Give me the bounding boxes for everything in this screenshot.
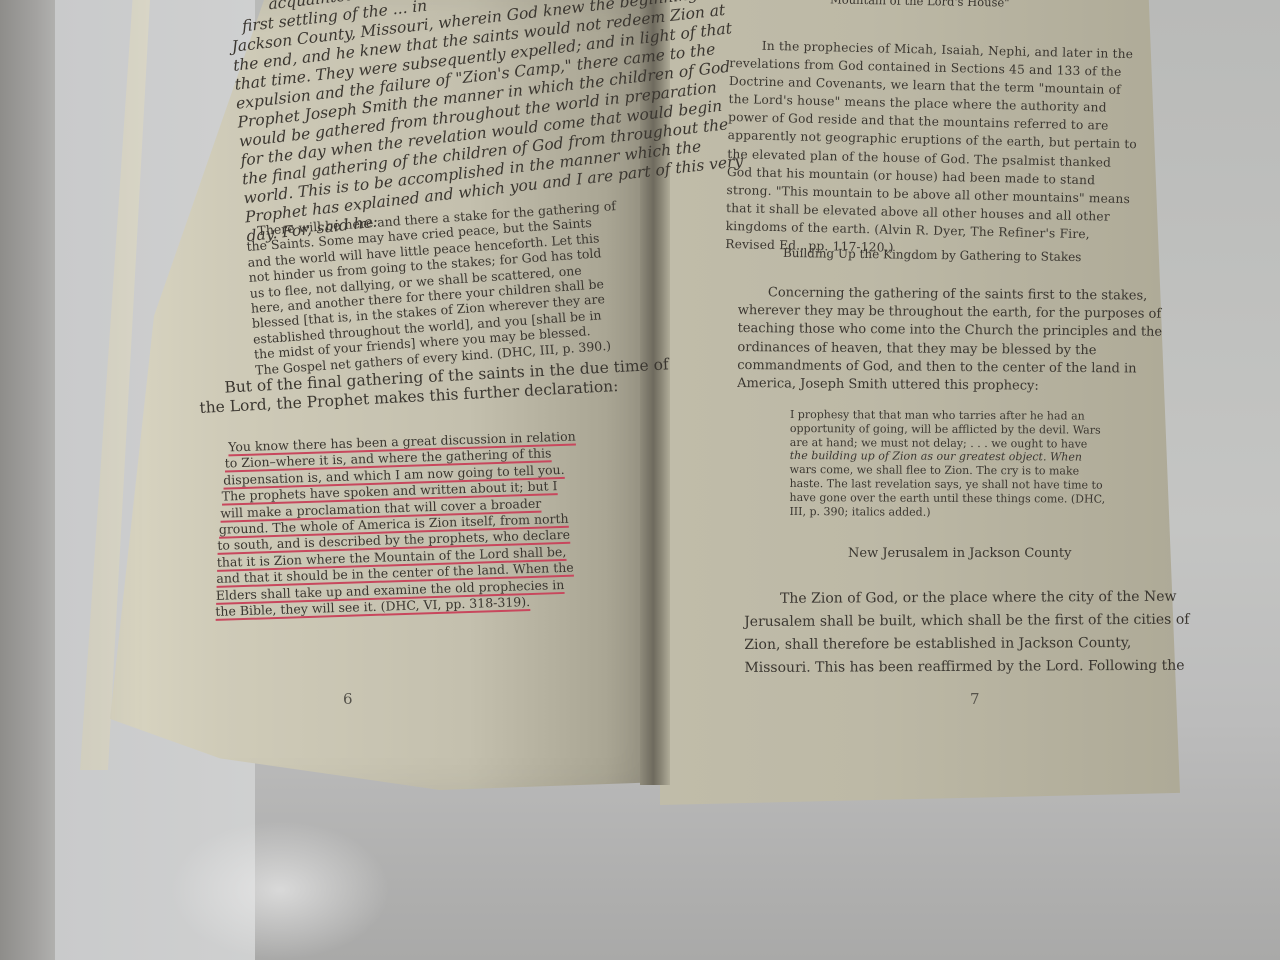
quote-line: I prophesy that that man who tarries aft… bbox=[790, 408, 1106, 423]
quote-line: opportunity of going, will be afflicted … bbox=[790, 422, 1106, 437]
right-paragraph-mountain: In the prophecies of Micah, Isaiah, Neph… bbox=[725, 36, 1139, 262]
text-line: Missouri. This has been reaffirmed by th… bbox=[744, 655, 1189, 680]
right-paragraph-new-jerusalem: The Zion of God, or the place where the … bbox=[744, 586, 1190, 680]
text-line: America, Joseph Smith uttered this proph… bbox=[737, 375, 1162, 397]
text-line: The Zion of God, or the place where the … bbox=[744, 586, 1189, 611]
quote-line: III, p. 390; italics added.) bbox=[789, 505, 1105, 520]
quote-line: haste. The last revelation says, ye shal… bbox=[790, 477, 1106, 492]
text-line: Jerusalem shall be built, which shall be… bbox=[744, 609, 1189, 634]
section-heading-new-jerusalem: New Jerusalem in Jackson County bbox=[848, 546, 1071, 561]
right-block-quote-prophecy: I prophesy that that man who tarries aft… bbox=[789, 408, 1105, 520]
quote-line: have gone over the earth until these thi… bbox=[789, 491, 1105, 506]
text-line: Zion, shall therefore be established in … bbox=[744, 632, 1189, 657]
left-page-number: 6 bbox=[343, 690, 353, 708]
right-page-number: 7 bbox=[970, 690, 980, 708]
left-block-quote-stakes: There will be here and there a stake for… bbox=[245, 198, 626, 378]
left-block-quote-underlined: You know there has been a great discussi… bbox=[210, 429, 581, 621]
right-paragraph-stakes: Concerning the gathering of the saints f… bbox=[737, 284, 1162, 397]
open-booklet: acquainted... of the ... of Zion in the … bbox=[0, 0, 1280, 960]
